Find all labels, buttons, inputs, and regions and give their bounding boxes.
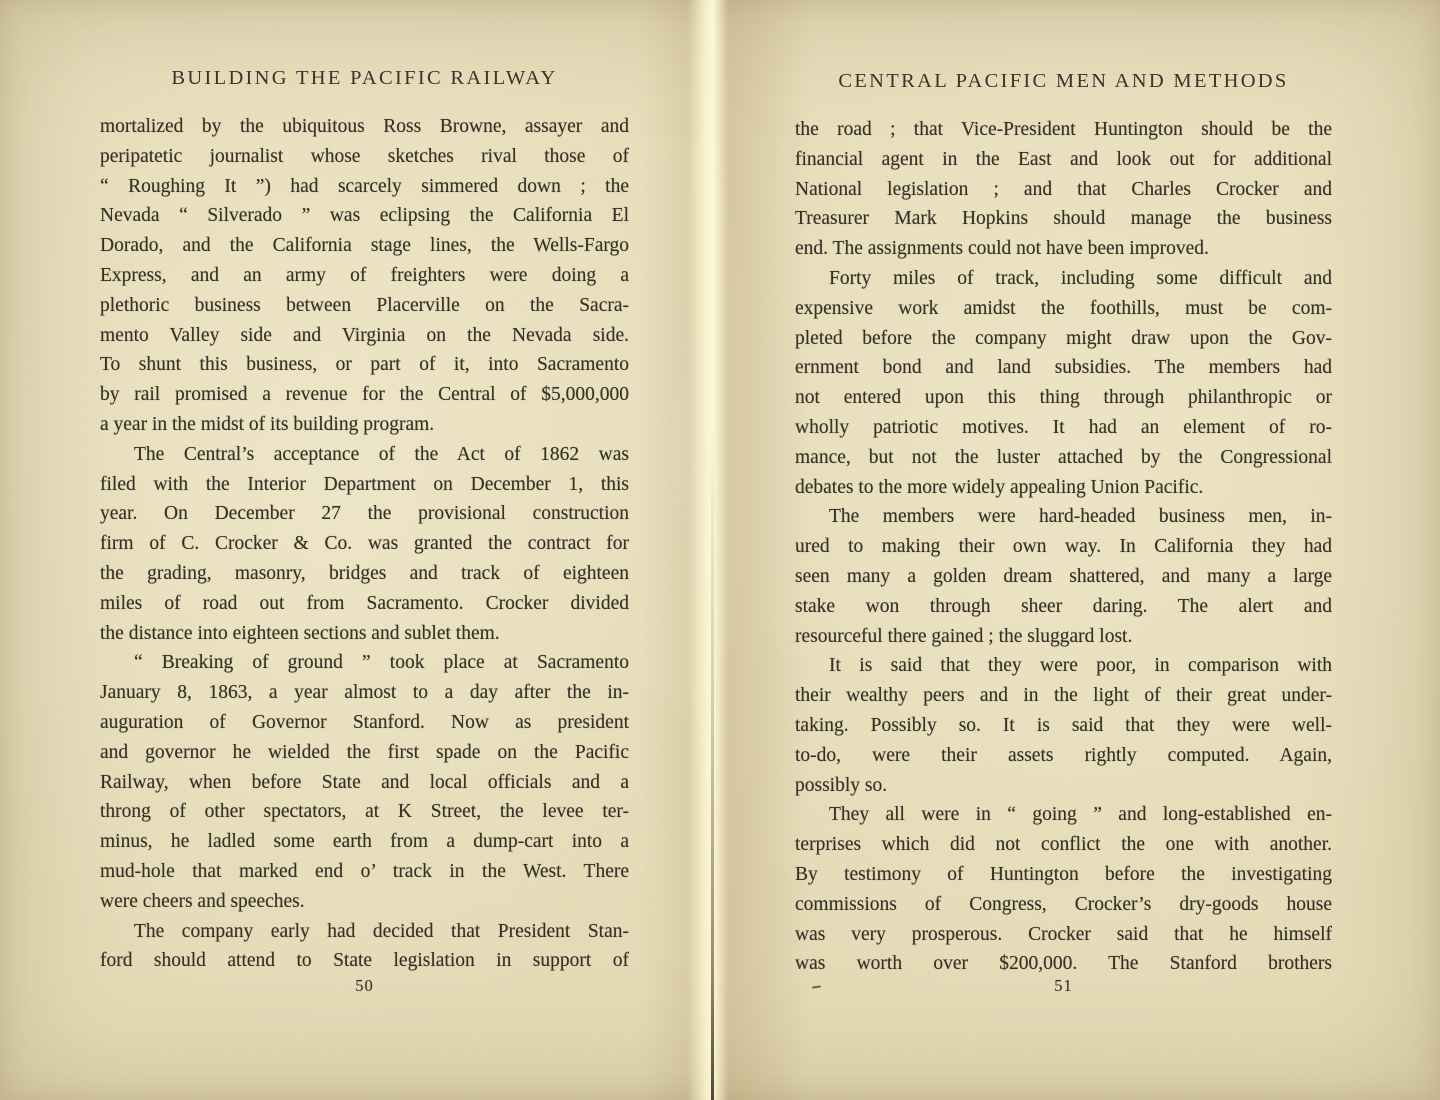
page-left: BUILDING THE PACIFIC RAILWAY mortalized …	[100, 63, 629, 976]
text-line: It is said that they were poor, in compa…	[795, 651, 1332, 681]
text-line: Nevada “ Silverado ” was eclipsing the C…	[100, 201, 629, 231]
text-line: filed with the Interior Department on De…	[100, 470, 629, 500]
text-line: was worth over $200,000. The Stanford br…	[795, 949, 1332, 979]
text-line: was very prosperous. Crocker said that h…	[795, 920, 1332, 950]
text-line: “ Roughing It ”) had scarcely simmered d…	[100, 172, 629, 202]
text-line: The company early had decided that Presi…	[100, 917, 629, 947]
book-gutter	[640, 0, 810, 1100]
text-line: firm of C. Crocker & Co. was granted the…	[100, 529, 629, 559]
text-line: The members were hard-headed business me…	[795, 502, 1332, 532]
text-line: They all were in “ going ” and long-esta…	[795, 800, 1332, 830]
text-line: By testimony of Huntington before the in…	[795, 860, 1332, 890]
text-line: were cheers and speeches.	[100, 887, 629, 917]
text-line: The Central’s acceptance of the Act of 1…	[100, 440, 629, 470]
text-line: seen many a golden dream shattered, and …	[795, 562, 1332, 592]
text-line: mance, but not the luster attached by th…	[795, 443, 1332, 473]
text-line: debates to the more widely appealing Uni…	[795, 473, 1332, 503]
text-line: the road ; that Vice-President Huntingto…	[795, 115, 1332, 145]
text-line: ured to making their own way. In Califor…	[795, 532, 1332, 562]
text-line: Dorado, and the California stage lines, …	[100, 231, 629, 261]
text-line: financial agent in the East and look out…	[795, 145, 1332, 175]
text-line: by rail promised a revenue for the Centr…	[100, 380, 629, 410]
text-line: Express, and an army of freighters were …	[100, 261, 629, 291]
text-line: miles of road out from Sacramento. Crock…	[100, 589, 629, 619]
running-head-right: CENTRAL PACIFIC MEN AND METHODS	[795, 66, 1332, 96]
text-line: their wealthy peers and in the light of …	[795, 681, 1332, 711]
text-line: mento Valley side and Virginia on the Ne…	[100, 321, 629, 351]
text-line: throng of other spectators, at K Street,…	[100, 797, 629, 827]
text-line: auguration of Governor Stanford. Now as …	[100, 708, 629, 738]
text-line: minus, he ladled some earth from a dump-…	[100, 827, 629, 857]
text-line: taking. Possibly so. It is said that the…	[795, 711, 1332, 741]
text-line: stake won through sheer daring. The aler…	[795, 592, 1332, 622]
text-line: resourceful there gained ; the sluggard …	[795, 622, 1332, 652]
text-line: ford should attend to State legislation …	[100, 946, 629, 976]
text-line: peripatetic journalist whose sketches ri…	[100, 142, 629, 172]
text-line: and governor he wielded the first spade …	[100, 738, 629, 768]
page-number-right: 51	[795, 976, 1332, 996]
page-number-left: 50	[100, 976, 629, 996]
text-line: end. The assignments could not have been…	[795, 234, 1332, 264]
text-line: a year in the midst of its building prog…	[100, 410, 629, 440]
book-scan: { "left_page": { "header": "BUILDING THE…	[0, 0, 1440, 1100]
text-line: the grading, masonry, bridges and track …	[100, 559, 629, 589]
running-head-left: BUILDING THE PACIFIC RAILWAY	[100, 63, 629, 93]
gutter-crease	[711, 418, 714, 1100]
text-line: not entered upon this thing through phil…	[795, 383, 1332, 413]
text-line: Forty miles of track, including some dif…	[795, 264, 1332, 294]
text-line: the distance into eighteen sections and …	[100, 619, 629, 649]
text-line: mortalized by the ubiquitous Ross Browne…	[100, 112, 629, 142]
page-right: CENTRAL PACIFIC MEN AND METHODS the road…	[795, 66, 1332, 979]
text-line: Treasurer Mark Hopkins should manage the…	[795, 204, 1332, 234]
text-line: To shunt this business, or part of it, i…	[100, 350, 629, 380]
text-line: wholly patriotic motives. It had an elem…	[795, 413, 1332, 443]
text-line: ernment bond and land subsidies. The mem…	[795, 353, 1332, 383]
text-line: mud-hole that marked end o’ track in the…	[100, 857, 629, 887]
text-line: year. On December 27 the provisional con…	[100, 499, 629, 529]
text-line: pleted before the company might draw upo…	[795, 324, 1332, 354]
text-line: “ Breaking of ground ” took place at Sac…	[100, 648, 629, 678]
text-line: possibly so.	[795, 771, 1332, 801]
text-line: terprises which did not conflict the one…	[795, 830, 1332, 860]
text-line: plethoric business between Placerville o…	[100, 291, 629, 321]
text-line: January 8, 1863, a year almost to a day …	[100, 678, 629, 708]
text-line: National legislation ; and that Charles …	[795, 175, 1332, 205]
text-line: to-do, were their assets rightly compute…	[795, 741, 1332, 771]
text-line: commissions of Congress, Crocker’s dry-g…	[795, 890, 1332, 920]
text-line: Railway, when before State and local off…	[100, 768, 629, 798]
text-line: expensive work amidst the foothills, mus…	[795, 294, 1332, 324]
